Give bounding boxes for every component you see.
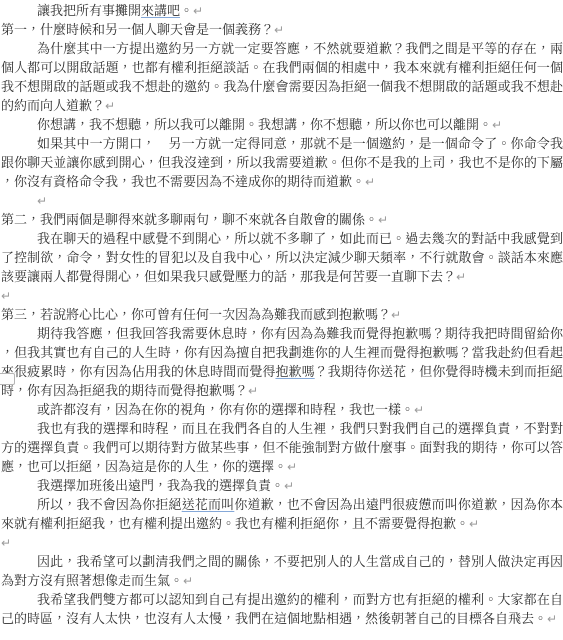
empty-paragraph[interactable]: ↵ [1, 534, 563, 553]
line-break-mark-icon: ↵ [1, 289, 11, 303]
line-break-mark-icon: ↵ [456, 270, 466, 284]
paragraph[interactable]: 你想講，我不想聽，所以我可以離開。我想講，你不想聽，所以你也可以離開。↵ [1, 116, 563, 135]
line-break-mark-icon: ↵ [492, 118, 502, 132]
grammar-flagged-text: 來講吧 [141, 4, 180, 19]
line-break-mark-icon: ↵ [414, 403, 424, 417]
text-run: 讓我把所有事攤開 [37, 4, 141, 19]
empty-paragraph[interactable]: ↵ [1, 192, 563, 211]
paragraph[interactable]: 為什麼其中一方提出邀約另一方就一定要答應，不然就要道歉？我們之間是平等的存在，兩… [1, 40, 563, 116]
text-run: 我選擇加班後出遠門，我為我的選擇負責。 [37, 479, 284, 494]
text-run: 第三，若說將心比心，你可曾有任何一次因為為難我而感到抱歉嗎？ [1, 308, 391, 323]
text-run: 因此，我希望可以劃清我們之間的關係，不要把別人的人生當成自己的，替別人做決定再因… [1, 555, 563, 589]
line-break-mark-icon: ↵ [469, 517, 479, 531]
line-break-mark-icon: ↵ [547, 612, 557, 626]
grammar-flagged-text: 抱歉嗎 [275, 365, 314, 380]
text-run: 或許都沒有，因為在你的視角，你有你的選擇和時程，我也一樣。 [37, 403, 414, 418]
text-run: 第一，什麼時候和另一個人聊天會是一個義務？ [1, 23, 274, 38]
line-break-mark-icon: ↵ [365, 175, 375, 189]
paragraph[interactable]: 讓我把所有事攤開來講吧。↵ [1, 2, 563, 21]
line-break-mark-icon: ↵ [284, 479, 294, 493]
text-run: 我希望我們雙方都可以認知到自己有提出邀約的權利，而對方也有拒絕的權利。大家都在自… [1, 593, 563, 627]
paragraph[interactable]: 或許都沒有，因為在你的視角，你有你的選擇和時程，我也一樣。↵ [1, 401, 563, 420]
line-break-mark-icon: ↵ [248, 384, 258, 398]
line-break-mark-icon: ↵ [105, 99, 115, 113]
paragraph[interactable]: 如果其中一方開口， 另一方就一定得同意，那就不是一個邀約，是一個命令了。你命令我… [1, 135, 563, 192]
margin-artifact [0, 373, 15, 385]
text-run: 第二，我們兩個是聊得來就多聊兩句，聊不來就各自散會的關係。 [1, 213, 378, 228]
paragraph[interactable]: 期待我答應，但我回答我需要休息時，你有因為為難我而覺得抱歉嗎？期待我把時間留給你… [1, 325, 563, 401]
line-break-mark-icon: ↵ [37, 194, 47, 208]
text-run: 你想講，我不想聽，所以我可以離開。我想講，你不想聽，所以你也可以離開。 [37, 118, 492, 133]
line-break-mark-icon: ↵ [378, 213, 388, 227]
text-run: 如果其中一方開口， 另一方就一定得同意，那就不是一個邀約，是一個命令了。你命令我… [1, 137, 563, 190]
paragraph[interactable]: 我也有我的選擇和時程，而且在我們各自的人生裡，我們只對我們自己的選擇負責，不對對… [1, 420, 563, 477]
paragraph[interactable]: 所以，我不會因為你拒絕送花而叫你道歉，也不會因為出遠門很疲憊而叫你道歉，因為你本… [1, 496, 563, 534]
text-run: 。 [180, 4, 193, 19]
line-break-mark-icon: ↵ [391, 308, 401, 322]
grammar-flagged-text: 送花而叫 [182, 498, 235, 513]
paragraph[interactable]: 我在聊天的過程中感覺不到開心，所以就不多聊了，如此而已。過去幾次的對話中我感覺到… [1, 230, 563, 287]
text-run: 我也有我的選擇和時程，而且在我們各自的人生裡，我們只對我們自己的選擇負責，不對對… [1, 422, 563, 475]
paragraph[interactable]: 因此，我希望可以劃清我們之間的關係，不要把別人的人生當成自己的，替別人做決定再因… [1, 553, 563, 591]
paragraph[interactable]: 第三，若說將心比心，你可曾有任何一次因為為難我而感到抱歉嗎？↵ [1, 306, 563, 325]
text-run: 我在聊天的過程中感覺不到開心，所以就不多聊了，如此而已。過去幾次的對話中我感覺到… [1, 232, 563, 285]
line-break-mark-icon: ↵ [193, 4, 203, 18]
line-break-mark-icon: ↵ [274, 23, 284, 37]
line-break-mark-icon: ↵ [287, 460, 297, 474]
empty-paragraph[interactable]: ↵ [1, 287, 563, 306]
line-break-mark-icon: ↵ [1, 536, 11, 550]
paragraph[interactable]: 第二，我們兩個是聊得來就多聊兩句，聊不來就各自散會的關係。↵ [1, 211, 563, 230]
text-run: 為什麼其中一方提出邀約另一方就一定要答應，不然就要道歉？我們之間是平等的存在，兩… [1, 42, 563, 114]
paragraph[interactable]: 我希望我們雙方都可以認知到自己有提出邀約的權利，而對方也有拒絕的權利。大家都在自… [1, 591, 563, 629]
paragraph[interactable]: 第一，什麼時候和另一個人聊天會是一個義務？↵ [1, 21, 563, 40]
paragraph[interactable]: 我選擇加班後出遠門，我為我的選擇負責。↵ [1, 477, 563, 496]
text-run: 所以，我不會因為你拒絕 [37, 498, 182, 513]
document-page[interactable]: 讓我把所有事攤開來講吧。↵第一，什麼時候和另一個人聊天會是一個義務？↵為什麼其中… [0, 0, 563, 640]
line-break-mark-icon: ↵ [183, 574, 193, 588]
